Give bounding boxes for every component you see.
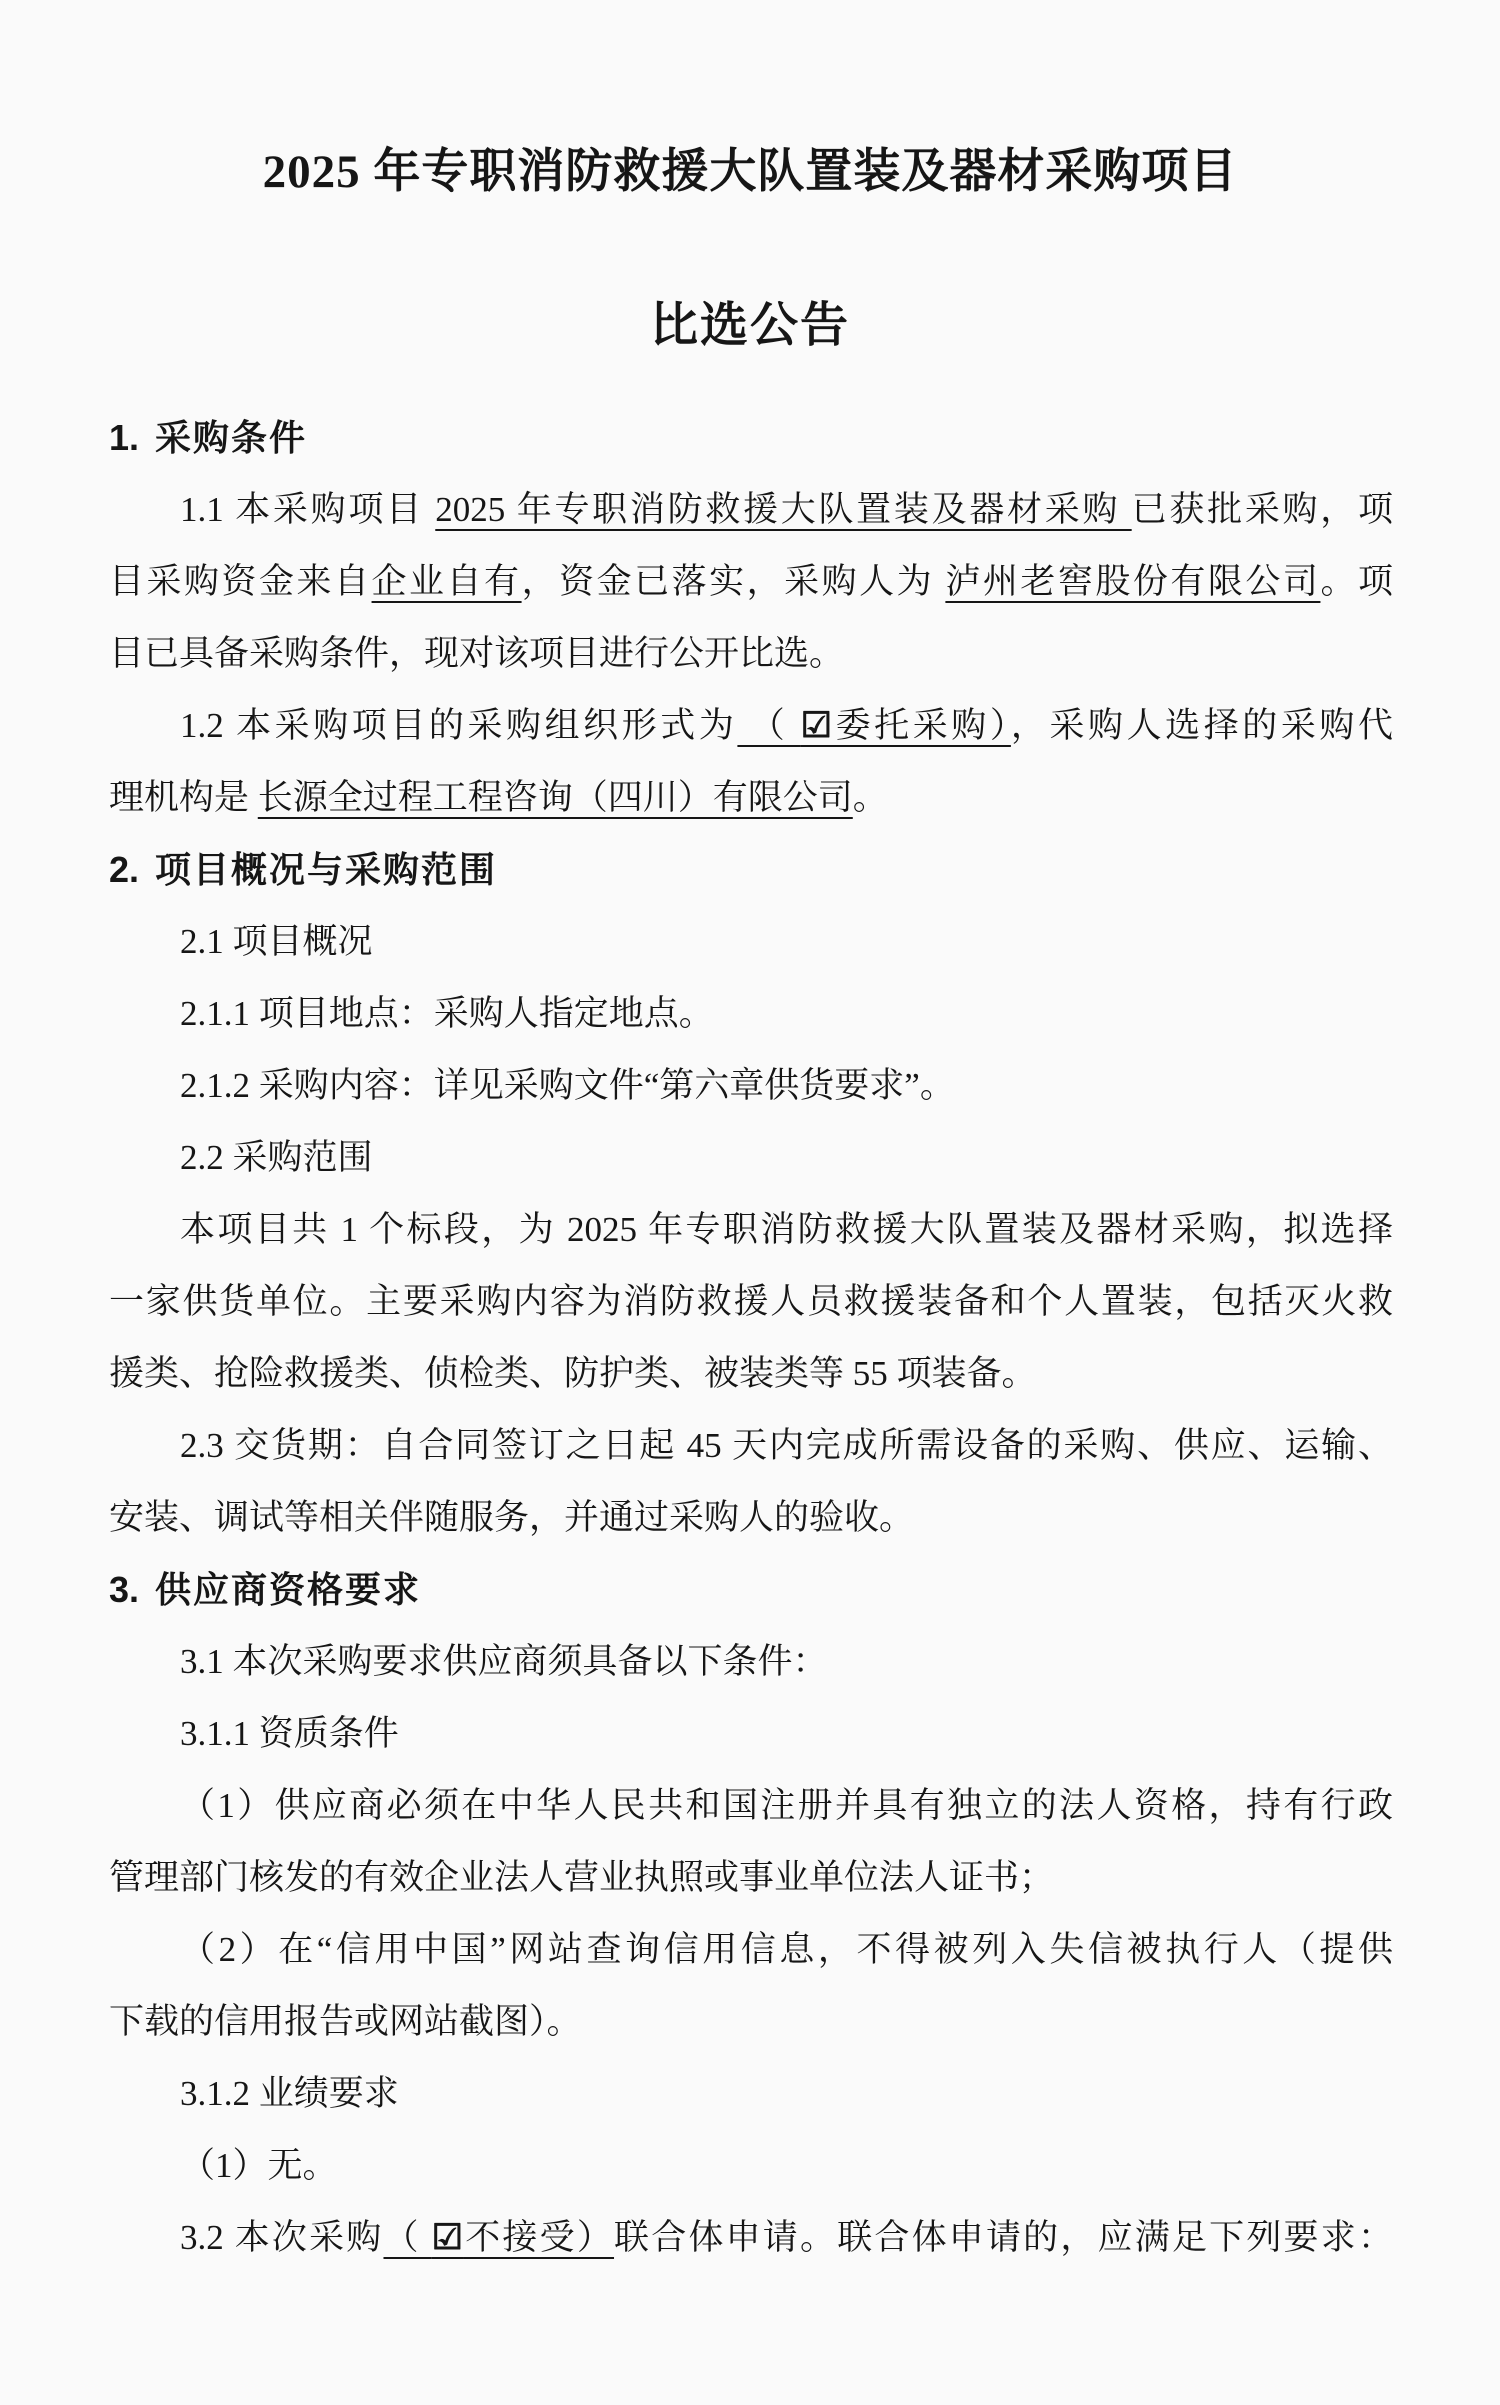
underlined-field: （ — [383, 2218, 431, 2257]
para-3-1-1-item2-line-2: 下载的信用报告或网站截图）。 — [109, 1986, 1393, 2058]
text-segment: （1）供应商必须在中华人民共和国注册并具有独立的法人资格，持有行政 — [180, 1786, 1393, 1825]
para-2-1-2: 2.1.2 采购内容：详见采购文件“第六章供货要求”。 — [109, 1050, 1393, 1122]
text-segment: 援类、抢险救援类、侦检类、防护类、被装类等 55 项装备。 — [109, 1354, 1037, 1393]
checkbox-checked-icon: ☑ — [432, 2218, 463, 2257]
text-segment: 安装、调试等相关伴随服务，并通过采购人的验收。 — [109, 1498, 914, 1537]
text-segment: 。 — [853, 778, 888, 817]
text-segment: 3.2 本次采购 — [180, 2218, 383, 2257]
para-1-2-line-2: 理机构是 长源全过程工程咨询（四川）有限公司。 — [109, 762, 1393, 834]
text-segment: 1.1 本采购项目 — [180, 490, 435, 529]
para-2-2-line-2: 一家供货单位。主要采购内容为消防救援人员救援装备和个人置装，包括灭火救 — [109, 1266, 1393, 1338]
section-2-heading: 2.项目概况与采购范围 — [109, 834, 1393, 906]
document-page: 2025 年专职消防救援大队置装及器材采购项目 比选公告 1.采购条件1.1 本… — [0, 0, 1500, 2405]
para-3-1-1: 3.1.1 资质条件 — [109, 1698, 1393, 1770]
document-title: 2025 年专职消防救援大队置装及器材采购项目 — [0, 136, 1500, 208]
para-2-3-line-2: 安装、调试等相关伴随服务，并通过采购人的验收。 — [109, 1482, 1393, 1554]
text-segment: 2.2 采购范围 — [180, 1138, 373, 1177]
text-segment: 项目概况与采购范围 — [155, 849, 497, 890]
para-3-1-2-item1: （1）无。 — [109, 2130, 1393, 2202]
underlined-field: （ — [737, 706, 800, 745]
text-segment: （1）无。 — [180, 2146, 338, 2185]
para-2-2-line-3: 援类、抢险救援类、侦检类、防护类、被装类等 55 项装备。 — [109, 1338, 1393, 1410]
para-3-1-1-item1-line-2: 管理部门核发的有效企业法人营业执照或事业单位法人证书； — [109, 1842, 1393, 1914]
text-segment: 2. — [109, 849, 139, 890]
text-segment: 。项 — [1320, 562, 1393, 601]
underlined-field: 2025 年专职消防救援大队置装及器材采购 — [435, 490, 1131, 529]
text-segment: 理机构是 — [109, 778, 258, 817]
underlined-field: 委托采购） — [832, 706, 1011, 745]
underlined-field: 不接受） — [463, 2218, 614, 2257]
text-segment: 2.3 交货期：自合同签订之日起 45 天内完成所需设备的采购、供应、运输、 — [180, 1426, 1393, 1465]
text-segment: 2.1.1 项目地点：采购人指定地点。 — [180, 994, 714, 1033]
para-2-1: 2.1 项目概况 — [109, 906, 1393, 978]
text-segment: 2.1 项目概况 — [180, 922, 373, 961]
document-body: 1.采购条件1.1 本采购项目 2025 年专职消防救援大队置装及器材采购 已获… — [109, 402, 1393, 2274]
text-segment: 本项目共 1 个标段，为 2025 年专职消防救援大队置装及器材采购，拟选择 — [180, 1210, 1393, 1249]
para-3-1-2: 3.1.2 业绩要求 — [109, 2058, 1393, 2130]
text-segment: 下载的信用报告或网站截图）。 — [109, 2002, 582, 2041]
text-segment: 1.2 本采购项目的采购组织形式为 — [180, 706, 737, 745]
text-segment: 管理部门核发的有效企业法人营业执照或事业单位法人证书； — [109, 1858, 1054, 1897]
text-segment: 1. — [109, 417, 139, 458]
text-segment: 采购条件 — [155, 417, 307, 458]
text-segment: 供应商资格要求 — [155, 1569, 421, 1610]
text-segment: ，资金已落实，采购人为 — [522, 562, 946, 601]
underlined-field: 泸州老窖股份有限公司 — [945, 562, 1320, 601]
para-3-1: 3.1 本次采购要求供应商须具备以下条件： — [109, 1626, 1393, 1698]
section-1-heading: 1.采购条件 — [109, 402, 1393, 474]
text-segment: 已获批采购，项 — [1132, 490, 1393, 529]
para-1-2-line-1: 1.2 本采购项目的采购组织形式为 （ ☑委托采购），采购人选择的采购代 — [109, 690, 1393, 762]
text-segment: 2.1.2 采购内容：详见采购文件“第六章供货要求”。 — [180, 1066, 955, 1105]
text-segment: ，采购人选择的采购代 — [1011, 706, 1393, 745]
text-segment: 3.1.2 业绩要求 — [180, 2074, 399, 2113]
para-2-1-1: 2.1.1 项目地点：采购人指定地点。 — [109, 978, 1393, 1050]
text-segment: 一家供货单位。主要采购内容为消防救援人员救援装备和个人置装，包括灭火救 — [109, 1282, 1393, 1321]
para-2-2-line-1: 本项目共 1 个标段，为 2025 年专职消防救援大队置装及器材采购，拟选择 — [109, 1194, 1393, 1266]
para-3-1-1-item2-line-1: （2）在“信用中国”网站查询信用信息，不得被列入失信被执行人（提供 — [109, 1914, 1393, 1986]
para-2-3-line-1: 2.3 交货期：自合同签订之日起 45 天内完成所需设备的采购、供应、运输、 — [109, 1410, 1393, 1482]
text-segment: 目采购资金来自 — [109, 562, 372, 601]
text-segment: 3. — [109, 1569, 139, 1610]
text-segment: （2）在“信用中国”网站查询信用信息，不得被列入失信被执行人（提供 — [180, 1930, 1393, 1969]
document-subtitle: 比选公告 — [0, 290, 1500, 362]
para-3-2: 3.2 本次采购（ ☑不接受）联合体申请。联合体申请的，应满足下列要求： — [109, 2202, 1393, 2274]
text-segment: 3.1.1 资质条件 — [180, 1714, 399, 1753]
text-segment: 目已具备采购条件，现对该项目进行公开比选。 — [109, 634, 844, 673]
text-segment: 联合体申请。联合体申请的，应满足下列要求： — [614, 2218, 1393, 2257]
checkbox-checked-icon: ☑ — [801, 706, 832, 745]
para-3-1-1-item1-line-1: （1）供应商必须在中华人民共和国注册并具有独立的法人资格，持有行政 — [109, 1770, 1393, 1842]
para-2-2: 2.2 采购范围 — [109, 1122, 1393, 1194]
para-1-1-line-3: 目已具备采购条件，现对该项目进行公开比选。 — [109, 618, 1393, 690]
underlined-field: 企业自有 — [372, 562, 522, 601]
text-segment: 3.1 本次采购要求供应商须具备以下条件： — [180, 1642, 828, 1681]
underlined-field: 长源全过程工程咨询（四川）有限公司 — [258, 778, 853, 817]
section-3-heading: 3.供应商资格要求 — [109, 1554, 1393, 1626]
para-1-1-line-1: 1.1 本采购项目 2025 年专职消防救援大队置装及器材采购 已获批采购，项 — [109, 474, 1393, 546]
para-1-1-line-2: 目采购资金来自企业自有，资金已落实，采购人为 泸州老窖股份有限公司。项 — [109, 546, 1393, 618]
